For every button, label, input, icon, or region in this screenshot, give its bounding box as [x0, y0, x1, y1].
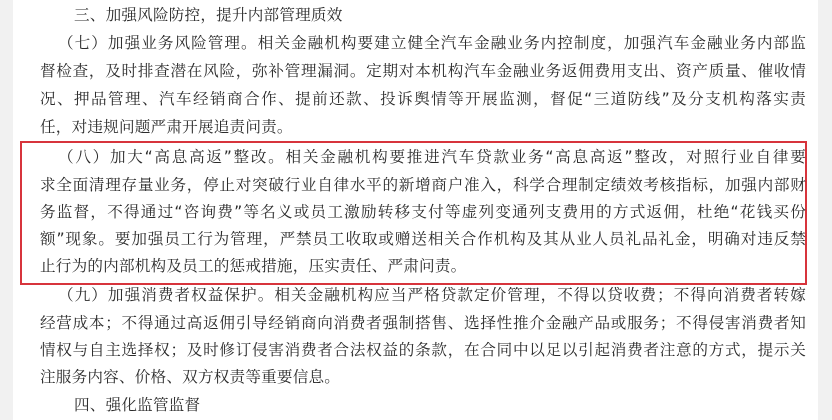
- paragraph-8-line-1: （八）加大“高息高返”整改。相关金融机构要推进汽车贷款业务“高息高返”整改，对照…: [58, 147, 806, 167]
- paragraph-9-line-1: （九）加强消费者权益保护。相关金融机构应当严格贷款定价管理，不得以贷收费；不得向…: [58, 285, 806, 305]
- paragraph-8-line-2: 求全面清理存量业务，停止对突破行业自律水平的新增商户准入，科学合理制定绩效考核指…: [40, 175, 806, 195]
- section-heading-4: 四、强化监管监督: [74, 395, 374, 415]
- paragraph-9-line-4: 注服务内容、价格、双方权责等重要信息。: [40, 367, 340, 387]
- paragraph-8-line-3: 务监督，不得通过“咨询费”等名义或员工激励转移支付等虚列变通列支费用的方式返佣，…: [40, 202, 806, 222]
- paragraph-8-line-5: 止行为的内部机构及员工的惩戒措施，压实责任、严肃问责。: [40, 256, 466, 276]
- section-heading-3: 三、加强风险防控，提升内部管理质效: [74, 5, 474, 25]
- paragraph-7-line-4: 任，对违规问题严肃开展追责问责。: [40, 117, 293, 137]
- paragraph-7-line-3: 况、押品管理、汽车经销商合作、提前还款、投诉舆情等开展监测，督促“三道防线”及分…: [40, 89, 806, 109]
- paragraph-7-line-1: （七）加强业务风险管理。相关金融机构要建立健全汽车金融业务内控制度，加强汽车金融…: [58, 33, 806, 53]
- paragraph-8-line-4: 额”现象。要加强员工行为管理，严禁员工收取或赠送相关合作机构及其从业人员礼品礼金…: [40, 229, 806, 249]
- paragraph-9-line-2: 经营成本；不得通过高返佣引导经销商向消费者强制搭售、选择性推介金融产品或服务；不…: [40, 313, 806, 333]
- document-page: 三、加强风险防控，提升内部管理质效 （七）加强业务风险管理。相关金融机构要建立健…: [13, 0, 818, 420]
- paragraph-9-line-3: 情权与自主选择权；及时修订侵害消费者合法权益的条款，在合同中以足以引起消费者注意…: [40, 340, 806, 360]
- paragraph-7-line-2: 督检查，及时排查潜在风险，弥补管理漏洞。定期对本机构汽车金融业务返佣费用支出、资…: [40, 61, 806, 81]
